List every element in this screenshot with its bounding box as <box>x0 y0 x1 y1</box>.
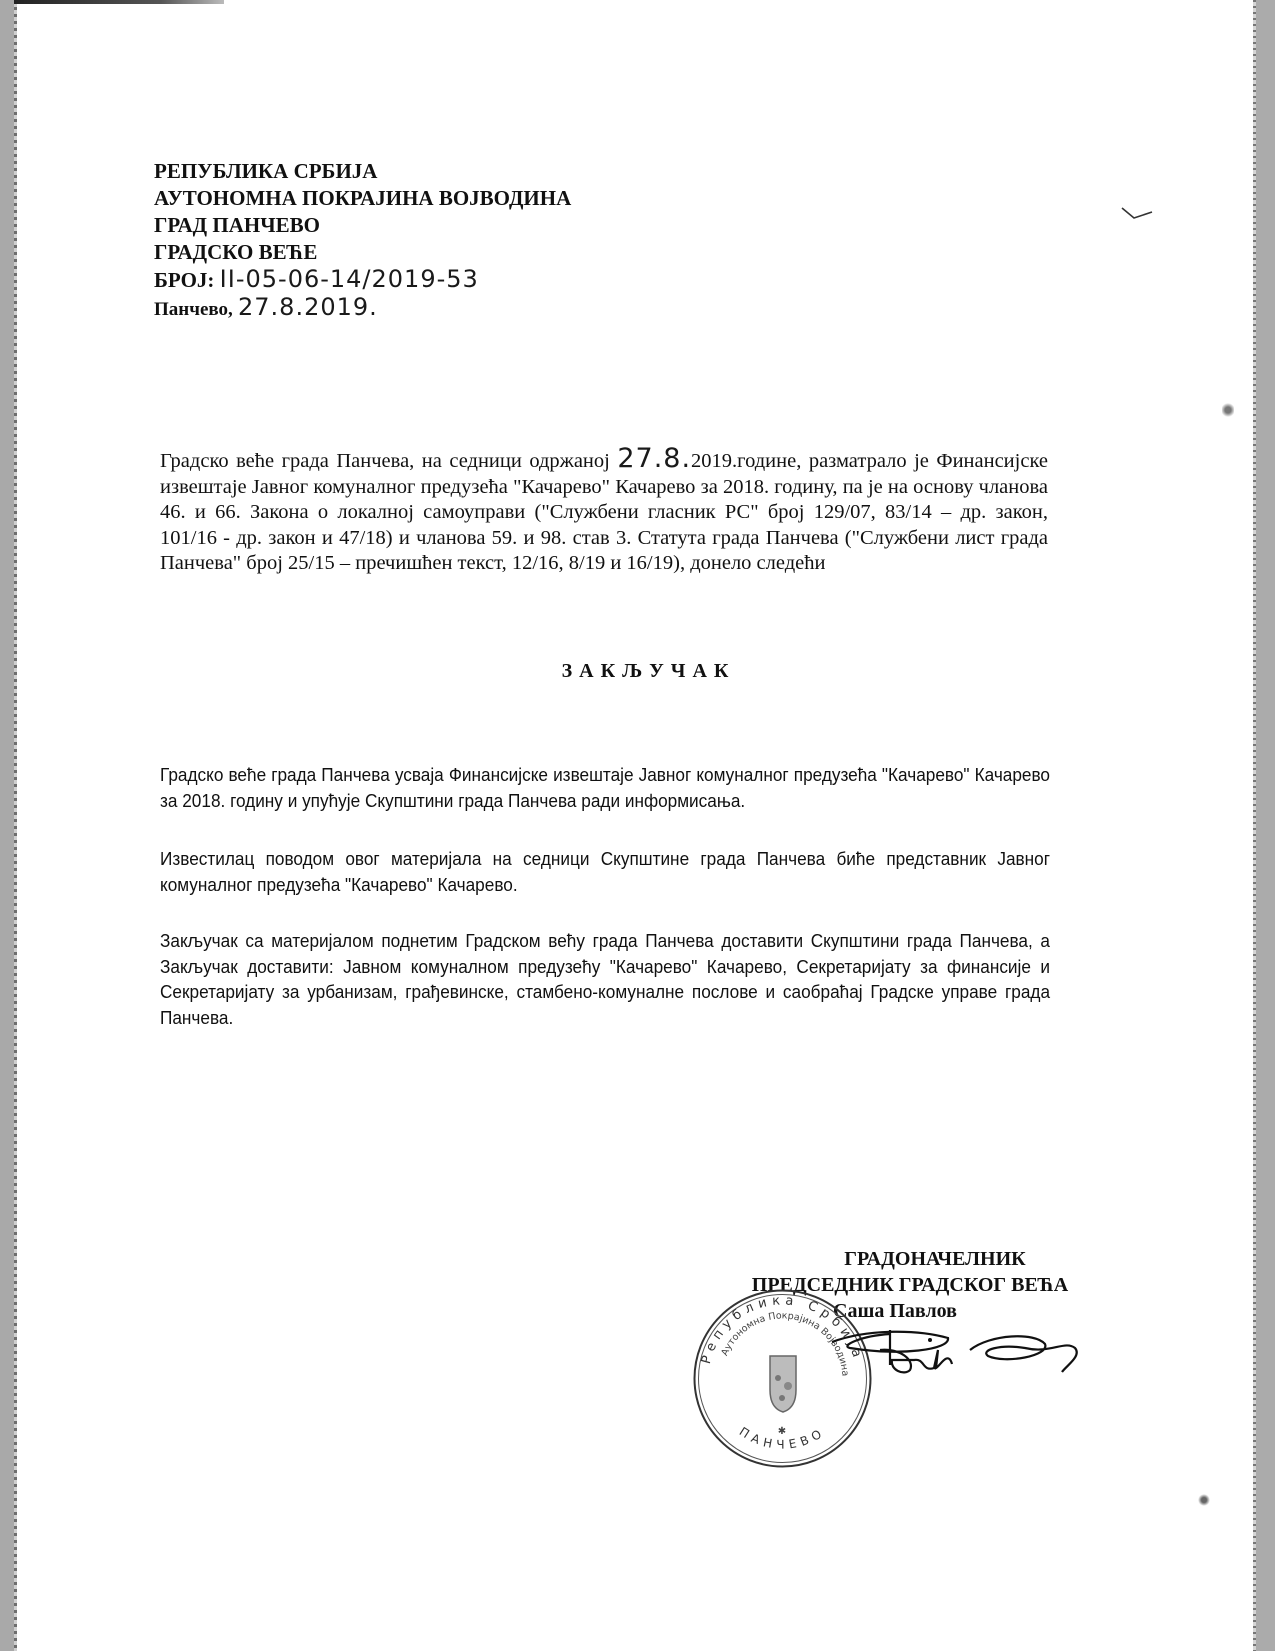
svg-text:✱: ✱ <box>778 1426 786 1437</box>
session-date-handwritten: 27.8. <box>617 443 691 474</box>
document-title: ЗАКЉУЧАК <box>0 660 1275 683</box>
scan-artifact-speck <box>1222 402 1234 418</box>
handwritten-signature-icon <box>830 1320 1090 1380</box>
header-city: ГРАД ПАНЧЕВО <box>154 212 571 239</box>
intro-paragraph: Градско веће града Панчева, на седници о… <box>160 446 1048 577</box>
header-place-date: Панчево, 27.8.2019. <box>154 294 571 323</box>
date-value-handwritten: 27.8.2019. <box>238 293 378 321</box>
number-label: БРОЈ: <box>154 268 214 292</box>
conclusion-paragraph-1: Градско веће града Панчева усваја Финанс… <box>160 762 1050 813</box>
scan-artifact-check-mark-icon <box>1120 206 1180 226</box>
intro-text-before-date: Градско веће града Панчева, на седници о… <box>160 450 617 472</box>
number-value-handwritten: II-05-06-14/2019-53 <box>220 265 479 293</box>
document-header: РЕПУБЛИКА СРБИЈА АУТОНОМНА ПОКРАЈИНА ВОЈ… <box>154 158 571 323</box>
document-page: РЕПУБЛИКА СРБИЈА АУТОНОМНА ПОКРАЈИНА ВОЈ… <box>0 0 1275 1651</box>
conclusion-paragraph-3: Закључак са материјалом поднетим Градско… <box>160 928 1050 1030</box>
scan-artifact-speck <box>1198 1494 1210 1506</box>
header-province: АУТОНОМНА ПОКРАЈИНА ВОЈВОДИНА <box>154 185 571 212</box>
conclusion-paragraph-2: Известилац поводом овог материјала на се… <box>160 846 1050 897</box>
header-republic: РЕПУБЛИКА СРБИЈА <box>154 158 571 185</box>
header-number: БРОЈ: II-05-06-14/2019-53 <box>154 266 571 294</box>
header-council: ГРАДСКО ВЕЋЕ <box>154 239 571 266</box>
signatory-title-mayor: ГРАДОНАЧЕЛНИК <box>700 1246 1120 1272</box>
place-label: Панчево, <box>154 299 233 320</box>
